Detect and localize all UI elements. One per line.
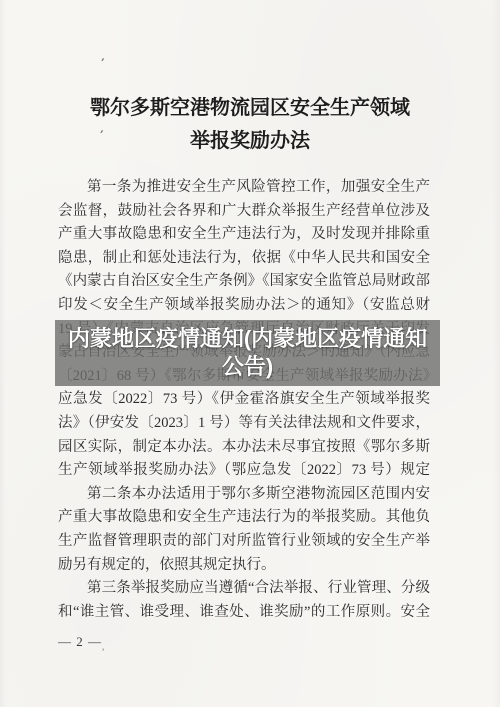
body-line: 隐患，制止和惩处违法行为，依据《中华人民共和国安全生产法》	[58, 247, 430, 271]
watermark-text-line: 内蒙地区疫情通知(内蒙地区疫情通知	[68, 325, 427, 353]
page-number: — 2 —,	[58, 634, 105, 655]
scanned-document-page: ’ ’ 鄂尔多斯空港物流园区安全生产领域 举报奖励办法 第一条为推进安全生产风险…	[0, 0, 500, 707]
document-title-line: 举报奖励办法	[0, 125, 500, 158]
scan-artifact-mark: ’	[99, 56, 106, 70]
body-line: 应急发〔2022〕73 号）《伊金霍洛旗安全生产领域举报奖励办	[58, 388, 430, 412]
body-line: 第三条举报奖励应当遵循“合法举报、行业管理、分级负责”	[58, 577, 430, 601]
body-line: 和“谁主管、谁受理、谁查处、谁奖励”的工作原则。安全生产	[58, 601, 430, 625]
body-line: 产重大事故隐患和安全生产违法行为，及时发现并排除重大事故	[58, 223, 430, 247]
body-line: 园区实际，制定本办法。本办法未尽事宜按照《鄂尔多斯市安全	[58, 436, 430, 460]
document-title-line: 鄂尔多斯空港物流园区安全生产领域	[0, 92, 500, 125]
body-line: 印发＜安全生产领域举报奖励办法＞的通知》（安监总财〔2018〕	[58, 294, 430, 318]
page-number-text: — 2 —	[58, 634, 102, 649]
document-title: 鄂尔多斯空港物流园区安全生产领域 举报奖励办法	[0, 92, 500, 158]
body-line: 第一条为推进安全生产风险管控工作，加强安全生产领域社	[58, 176, 430, 200]
document-body: 第一条为推进安全生产风险管控工作，加强安全生产领域社 会监督，鼓励社会各界和广大…	[58, 176, 430, 624]
scan-artifact-mark: ,	[102, 642, 105, 652]
watermark-banner: 内蒙地区疫情通知(内蒙地区疫情通知 公告)	[55, 320, 440, 386]
body-line: 生产领域举报奖励办法》（鄂应急发〔2022〕73 号）规定执行。	[58, 459, 430, 483]
body-line: 《内蒙古自治区安全生产条例》《国家安全监管总局财政部关于	[58, 270, 430, 294]
watermark-text-line: 公告)	[222, 353, 273, 381]
body-line: 会监督，鼓励社会各界和广大群众举报生产经营单位涉及安全生	[58, 200, 430, 224]
body-line: 生产监督管理职责的部门对所监管行业领域的安全生产举报奖	[58, 530, 430, 554]
body-line: 励另有规定的，依照其规定执行。	[58, 554, 430, 578]
body-line: 第二条本办法适用于鄂尔多斯空港物流园区范围内安全生	[58, 483, 430, 507]
body-line: 产重大事故隐患和安全生产违法行为的举报奖励。其他负有安全	[58, 506, 430, 530]
body-line: 法》（伊安发〔2023〕1 号）等有关法律法规和文件要求，结合	[58, 412, 430, 436]
